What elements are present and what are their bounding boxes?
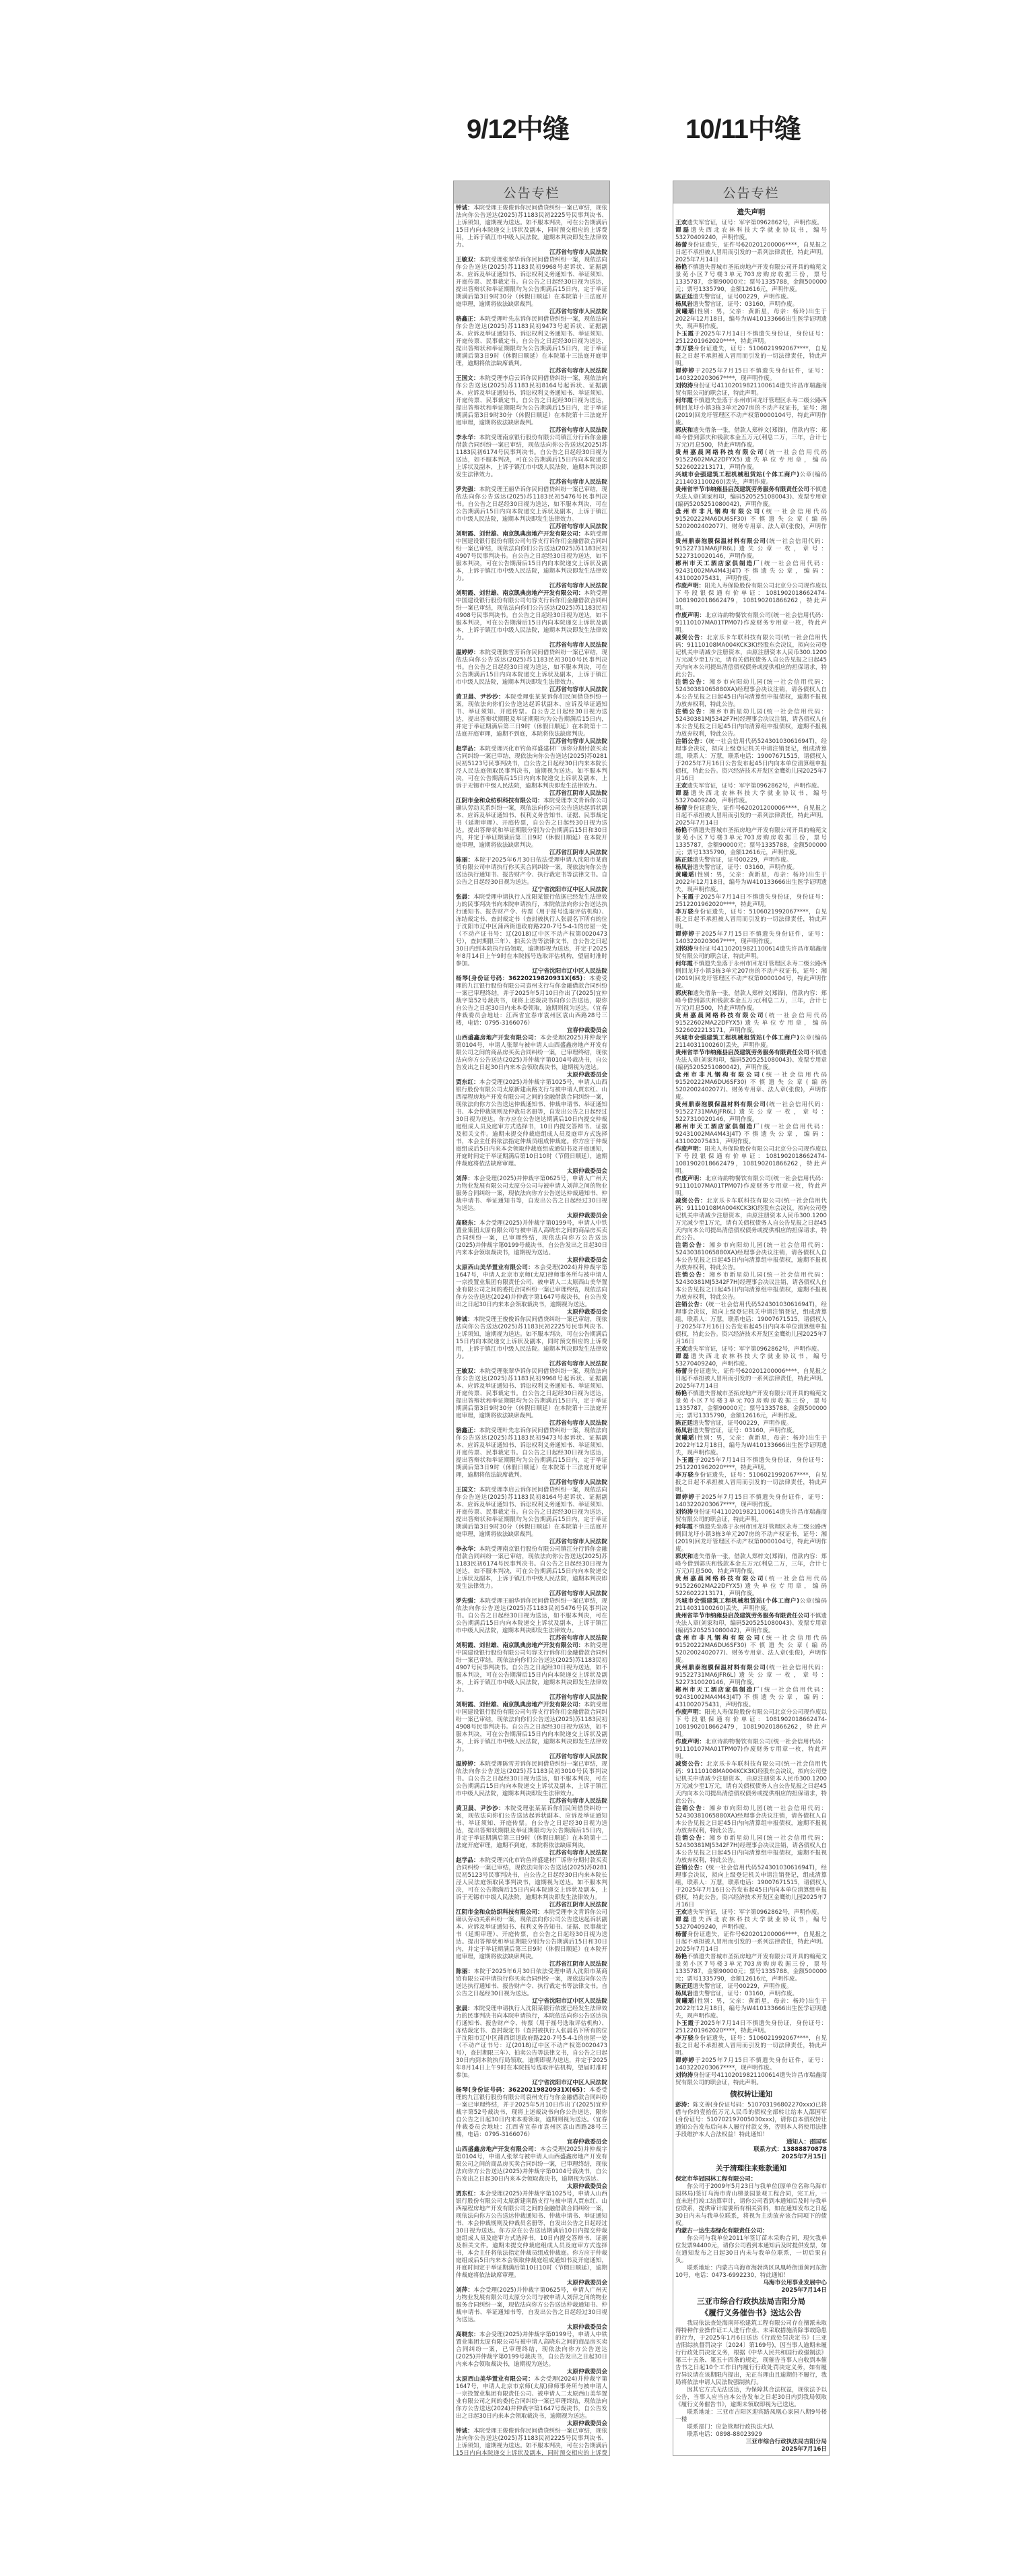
notice-text: 本委受理的九江银行股份有限公司袁州支行与你金融借款合同纠纷一案已审理终结，并于2… [456,2087,607,2138]
paragraph-text: 联系部门：应急管理行政执法大队 [687,2424,774,2430]
loss-declaration-item: 贵州省毕节市纳雍县启茂建筑劳务服务有限责任公司不慎遗失法人章(刘家和印，编码52… [675,1050,827,1072]
declarant: 作废声明： [675,583,704,589]
declarant: 贵州鼎泰泡膜保温材料有限公司 [675,1101,766,1108]
loss-declaration-item: 郴州市天工酒店家俱制造厂(统一社会信用代码：92431002MA4M43J4T)… [675,1124,827,1146]
notice-text: 本院受理叶先志诉你民间借贷纠纷一案，现依法向你公告送达(2025)苏1183民初… [456,316,607,367]
loss-declaration-item: 谭婷婷于2025年7月15日不慎遗失身份证件，证号：1403220203067*… [675,368,827,383]
declaration-text: 于2025年7月14日不慎遗失身份证，身份证号：2512201962020***… [675,894,827,908]
notice-entry: 骆鑫正：本院受理叶先志诉你民间借贷纠纷一案，现依法向你公告送达(2025)苏11… [456,1427,607,1479]
declaration-text: 遗失军官证，证号：军字第0962862号，声明作废。 [687,1909,823,1916]
loss-declaration-item: 黄曦瑶(性别：男，父亲：黄新星，母亲：杨玲)出生于2022年12月18日，编号为… [675,309,827,331]
notice-text: 本院受理陈雪芳诉你民间借贷纠纷一案已审结，现依法向你公告送达(2025)苏118… [456,649,607,686]
notice-entry: 山西盛鑫房地产开发有限公司：本会受理(2025)并仲裁字第0104号，申请人张翠… [456,2146,607,2183]
declaration-text: 遗失警官证，证号：03160，声明作废。 [693,1427,798,1434]
column-body: 钟诚：本院受理王俊俊诉你民间借贷纠纷一案已审结，现依法向你公告送达(2025)苏… [454,203,609,2456]
declarant: 王欢 [675,783,687,790]
loss-declaration-item: 杨艳不慎遗失晋城市圣拓房地产开发有限公司开具的翰苑文景苑小区7号楼3单元703房… [675,827,827,857]
loss-declaration-item: 兴城市会强建筑工程机械租赁站(个体工商户)公章(编码2114031100260)… [675,1035,827,1050]
loss-declaration-item: 兴城市会强建筑工程机械租赁站(个体工商户)公章(编码2114031100260)… [675,1598,827,1613]
notice-entry: 高晓东：本会受理(2025)并仲裁字第0199号，申请人中铁置业集团太原有限公司… [456,2331,607,2369]
declaration-text: 不慎遗失坐落于永州市回龙圩管理区永寿二级公路西侧回龙圩小镇3栋3单元207房的不… [675,961,827,990]
loss-declaration-item: 王欢遗失军官证，证号：军字第0962862号，声明作废。 [675,220,827,227]
declaration-text: 遗失西北农林科技大学就业协议书，编号53270409240，声明作废。 [675,790,827,804]
declarant: 刘钧涛 [675,2072,693,2079]
loss-declaration-item: 作废声明：北京诗韵物餐饮有限公司(统一社会信用代码：91110107MA01TP… [675,1739,827,1761]
notice-signature: 太原仲裁委员会 [456,2280,607,2287]
declarant: 注销公告： [675,1301,706,1308]
loss-declaration-item: 李万骁身份证遗失，证号：5106021992067****，自见报之日起不承担被… [675,909,827,931]
loss-declaration-item: 李万骁身份证遗失，证号：5106021992067****，自见报之日起不承担被… [675,2035,827,2057]
declarant: 减资公告： [675,1198,706,1204]
declarant: 谭磊 [675,227,691,234]
declaration-text: 遗失军官证，证号：军字第0962862号，声明作废。 [687,783,823,790]
loss-declaration-item: 郭庆和遗失借条一张，借款人郑梓文(郑锋)，借款内容：郑峰今借到郭庆和钱款本金五万… [675,990,827,1012]
declaration-text: 身份证遗失，证号：5106021992067****，自见报之日起不承担被人冒用… [675,1472,827,1493]
loss-declaration-item: 贵州鼎泰泡膜保温材料有限公司(统一社会信用代码：91522731MA6JFR6L… [675,1101,827,1124]
notice-text: 本院受理申请执行人沈阳某银行依据已经发生法律效力的民事判决书向本院申请执行，本院… [456,894,607,967]
loss-declaration-item: 陈正廷遗失警官证，证号00229，声明作废。 [675,857,827,864]
loss-declaration-item: 谭磊遗失西北农林科技大学就业协议书，编号53270409240，声明作废。 [675,1917,827,1931]
notice-entry: 刘明霞、刘世雄、南京凯典房地产开发有限公司：本院受理中国建设银行股份有限公司句容… [456,590,607,642]
notice-signature: 太原仲裁委员会 [456,1309,607,1316]
declarant: 王欢 [675,1909,687,1916]
loss-declaration-item: 王欢遗失军官证，证号：军字第0962862号，声明作废。 [675,783,827,790]
notice-signature: 江苏省句容市人民法院 [456,1635,607,1642]
notice-paragraph: 联系部门：应急管理行政执法大队 [675,2424,827,2431]
declarant: 陈正廷 [675,857,693,864]
declarant: 黄曦瑶 [675,309,694,315]
declaration-text: 身份证号41102019821100614遗失许昌市瑞鑫商贸有限公司的职会证，特… [675,2072,827,2086]
notice-addressee: 刘萍： [456,2287,473,2294]
notice-signature: 江苏省句容市人民法院 [456,1479,607,1487]
notice-addressee: 王敏双： [456,1368,479,1375]
declarant: 陈正廷 [675,294,693,300]
notice-addressee: 张晨： [456,894,473,901]
declarant: 注销公告： [675,679,709,686]
declaration-text: 遗失警官证，证号：03160，声明作废。 [693,301,798,308]
notice-signature: 辽宁省沈阳市辽中区人民法院 [456,968,607,975]
declaration-text: 不慎遗失晋城市圣拓房地产开发有限公司开具的翰苑文景苑小区7号楼3单元703房购房… [675,827,827,856]
notice-entry: 江阴市金和众纺织科技有限公司：本院受理李文青诉你公司确认劳动关系纠纷一案，现依法… [456,798,607,849]
notice-addressee: 骆鑫正： [456,1427,479,1434]
declaration-text: 遗失借条一张，借款人郑梓文(郑锋)，借款内容：郑峰今借到郭庆和钱款本金五万元(利… [675,1553,827,1575]
paragraph-text: 陈文善(身份证号码：510703196802270xxx)已将借与你的壹拾伍万元… [675,2102,827,2138]
notice-signature: 辽宁省沈阳市辽中区人民法院 [456,2080,607,2087]
declarant: 兴城市会强建筑工程机械租赁站(个体工商户) [675,472,799,478]
declaration-text: 身份证号41102019821100614遗失许昌市瑞鑫商贸有限公司的职会证，特… [675,1509,827,1523]
notice-addressee: 太原西山美华置业有限公司： [456,2376,534,2383]
notice-text: 本院于2025年6月30日依法受理申请人沈阳市某商贸有限公司申请执行你买卖合同纠… [456,857,607,886]
notice-text: 本院受理李启云诉你民间借贷纠纷一案，现依法向你公告送达(2025)苏1183民初… [456,375,607,426]
notice-signature: 太原仲裁委员会 [456,2420,607,2428]
loss-declaration-item: 杨凤岩遗失警官证，证号：03160，声明作废。 [675,1427,827,1435]
declarant: 贵州鼎泰泡膜保温材料有限公司 [675,1665,766,1671]
declaration-text: 于2025年7月14日不慎遗失身份证，身份证号：2512201962020***… [675,1457,827,1471]
declarant: 注销公告： [675,738,706,745]
loss-declaration-item: 谭磊遗失西北农林科技大学就业协议书，编号53270409240，声明作废。 [675,790,827,805]
notice-entry: 赵学品：本院受理兴化市钓鱼祥盛建材厂诉你分期付款买卖合同纠纷一案已审结，现依法向… [456,1857,607,1902]
notice-entry: 陈丽：本院于2025年6月30日依法受理申请人沈阳市某商贸有限公司申请执行你买卖… [456,857,607,887]
signature-line: 2025年7月16日 [675,2446,827,2453]
declaration-text: (性别：男，父亲：黄新星，母亲：杨玲)出生于2022年12月18日，编号为W41… [675,309,827,330]
column-header: 公告专栏 [454,181,609,203]
notice-addressee: 江阴市金和众纺织科技有限公司： [456,798,543,804]
column-header: 公告专栏 [673,181,829,203]
declarant: 作废声明： [675,1739,705,1745]
declaration-text: 遗失军官证，证号：军字第0962862号，声明作废。 [687,220,823,226]
notice-signature: 江苏省江阴市人民法院 [456,849,607,857]
declarant: 作废声明： [675,1146,704,1153]
notice-signature: 江苏省句容市人民法院 [456,1420,607,1427]
notice-text: 本院受理李文青诉你公司确认劳动关系纠纷一案，现依法向你公司公告送达起诉状副本、应… [456,798,607,849]
section-title: 债权转让通知 [675,2088,827,2100]
notice-entry: 王国文：本院受理李启云诉你民间借贷纠纷一案，现依法向你公告送达(2025)苏11… [456,1487,607,1539]
notice-addressee: 陈丽： [456,857,474,864]
loss-declaration-item: 卜玉霞于2025年7月14日不慎遗失身份证，身份证号：2512201962020… [675,894,827,909]
notice-addressee: 江阴市金和众纺织科技有限公司： [456,1909,543,1916]
declarant: 郭庆和 [675,990,693,997]
declaration-text: 遗失警官证，证号00229，声明作废。 [693,857,793,864]
addressee: 彭涛： [675,2102,693,2108]
loss-declaration-item: 陈正廷遗失警官证，证号00229，声明作废。 [675,1420,827,1427]
notice-entry: 王敏双：本院受理张翠华诉你民间借贷纠纷一案，现依法向你公告送达(2025)苏11… [456,257,607,309]
notice-text: 本会受理(2025)并仲裁字第0625号，申请人广州天力物业发展有限公司太原分公… [456,1176,607,1212]
notice-entry: 骆鑫正：本院受理叶先志诉你民间借贷纠纷一案，现依法向你公告送达(2025)苏11… [456,316,607,368]
notice-signature: 江苏省句容市人民法院 [456,368,607,375]
signature-line: 乌海市公用事业发展中心 [675,2280,827,2287]
signature-line: 2025年7月15日 [675,2154,827,2161]
declarant: 陈正廷 [675,1983,693,1990]
declarant: 贵州嘉晨网络科技有限公司 [675,1012,765,1019]
declarant: 郴州市天工酒店家俱制造厂 [675,1687,761,1694]
notice-addressee: 王国文： [456,375,479,382]
declarant: 王欢 [675,220,687,226]
column-body: 遗失声明王欢遗失军官证，证号：军字第0962862号，声明作废。谭磊遗失西北农林… [673,203,829,2453]
loss-declaration-item: 王欢遗失军官证，证号：军字第0962862号，声明作废。 [675,1909,827,1917]
declaration-text: 身份证遗失，证件号620201200006****，自见报之日起不承担被人冒用而… [675,1931,827,1953]
notice-column-right: 公告专栏 遗失声明王欢遗失军官证，证号：军字第0962862号，声明作废。谭磊遗… [673,181,830,2456]
declarant: 刘钧涛 [675,383,693,389]
paragraph-text: 因其它方式无法送达，为保障其合法权益，现依法予以公告，当事人应当自本公告发布之日… [675,2387,827,2408]
notice-addressee: 罗先强： [456,486,479,493]
loss-declaration-item: 杨艳不慎遗失晋城市圣拓房地产开发有限公司开具的翰苑文景苑小区7号楼3单元703房… [675,1390,827,1420]
notice-text: 本院于2025年6月30日依法受理申请人沈阳市某商贸有限公司申请执行你买卖合同纠… [456,1968,607,1997]
declarant: 刘钧涛 [675,1509,693,1516]
declaration-text: 身份证号41102019821100614遗失许昌市瑞鑫商贸有限公司的职会证，特… [675,946,827,960]
declaration-text: 身份证号41102019821100614遗失许昌市瑞鑫商贸有限公司的职会证，特… [675,383,827,397]
notice-entry: 杨琴(身份证号码：36220219820931X(65)：本委受理的九江银行股份… [456,2087,607,2139]
declarant: 杨凤岩 [675,864,693,871]
loss-declaration-item: 杨蕾身份证遗失，证件号620201200006****，自见报之日起不承担被人冒… [675,1368,827,1390]
notice-entry: 张晨：本院受理申请执行人沈阳某银行依据已经发生法律效力的民事判决书向本院申请执行… [456,2005,607,2080]
notice-signature: 江苏省句容市人民法院 [456,583,607,590]
notice-text: 本院受理中国建设银行股份有限公司句容支行诉你们金融借款合同纠纷一案已审结，现依法… [456,1702,607,1753]
declarant: 谭婷婷 [675,2057,695,2064]
declarant: 注销公告： [675,1835,709,1842]
notice-addressee: 太原西山美华置业有限公司： [456,1264,534,1271]
declaration-text: 不慎遗失坐落于永州市回龙圩管理区永寿二级公路西侧回龙圩小镇3栋3单元207房的不… [675,397,827,426]
declaration-text: (性别：男，父亲：黄新星，母亲：杨玲)出生于2022年12月18日，编号为W41… [675,1435,827,1456]
loss-declaration-item: 卜玉霞于2025年7月14日不慎遗失身份证，身份证号：2512201962020… [675,331,827,346]
notice-entry: 黄卫晨、尹沙沙：本院受理张某某诉你们民间借贷纠纷一案，现依法向你们公告送达起诉状… [456,694,607,738]
declaration-text: 遗失警官证，证号：03160，声明作废。 [693,1991,798,1997]
notice-text: 本院受理叶先志诉你民间借贷纠纷一案，现依法向你公告送达(2025)苏1183民初… [456,1427,607,1479]
paragraph-text: 你公司于2009年5月23日与我单位(原单位名称乌海市园林局)签订乌海市青山梯景… [675,2183,827,2227]
loss-declaration-item: 郴州市天工酒店家俱制造厂(统一社会信用代码：92431002MA4M43J4T)… [675,1687,827,1709]
declaration-text: 于2025年7月15日不慎遗失身份证件，证号：1403220203067****… [675,931,827,945]
notice-signature: 太原仲裁委员会 [456,2183,607,2191]
notice-addressee: 王国文： [456,1487,479,1493]
declaration-text: 不慎遗失坐落于永州市回龙圩管理区永寿二级公路西侧回龙圩小镇3栋3单元207房的不… [675,1524,827,1553]
declarant: 谭磊 [675,1353,691,1360]
declarant: 卜玉霞 [675,2020,694,2027]
declarant: 何年霞 [675,1524,693,1531]
declarant: 李万骁 [675,1472,694,1479]
notice-addressee: 温婷婷： [456,649,479,656]
notice-entry: 黄卫晨、尹沙沙：本院受理张某某诉你们民间借贷纠纷一案，现依法向你们公告送达起诉状… [456,1805,607,1850]
notice-addressee: 钟诚： [456,205,473,212]
declaration-text: 身份证遗失，证件号620201200006****，自见报之日起不承担被人冒用而… [675,1368,827,1390]
notice-addressee: 刘明霞、刘世雄、南京凯典房地产开发有限公司： [456,590,584,597]
signature-line: 2025年7月14日 [675,2287,827,2294]
loss-declaration-item: 杨凤岩遗失警官证，证号：03160，声明作废。 [675,864,827,872]
notice-text: 本院受理王俊俊诉你民间借贷纠纷一案已审结，现依法向你公告送达(2025)苏118… [456,2428,607,2456]
loss-declaration-item: 作废声明：阳光人寿保险股份有限公司北京分公司现作废以下号段银保通有价单证：108… [675,1709,827,1739]
page-label-left: 9/12中缝 [467,108,569,146]
declarant: 刘钧涛 [675,946,693,953]
declarant: 注销公告： [675,1805,709,1812]
notice-addressee: 刘萍： [456,1176,473,1182]
notice-addressee: 杨琴(身份证号码：36220219820931X(65)： [456,2087,589,2094]
loss-declaration-item: 郭庆和遗失借条一张，借款人郑梓文(郑锋)，借款内容：郑峰今借到郭庆和钱款本金五万… [675,1553,827,1576]
declaration-text: 遗失军官证，证号：军字第0962862号，声明作废。 [687,1346,823,1353]
notice-addressee: 王敏双： [456,257,479,263]
notice-paragraph: 你公司与我单位2011年签订苗木采购合同，现欠我单位发票94400元，请你公司看… [675,2235,827,2265]
addressee: 保定市华冠园林工程有限公司： [675,2176,756,2183]
declarant: 杨蕾 [675,805,687,812]
declarant: 贵州嘉晨网络科技有限公司 [675,1576,765,1582]
loss-declaration-item: 作废声明：北京诗韵物餐饮有限公司(统一社会信用代码：91110107MA01TP… [675,1176,827,1198]
notice-signature: 江苏省句容市人民法院 [456,686,607,694]
loss-declaration-item: 减资公告：北京乐卡车联科技有限公司(统一社会信用代码：91110108MA004… [675,1198,827,1242]
loss-declaration-item: 郭庆和遗失借条一张，借款人郑梓文(郑锋)，借款内容：郑峰今借到郭庆和钱款本金五万… [675,427,827,449]
loss-declaration-item: 陈正廷遗失警官证，证号00229，声明作废。 [675,1983,827,1991]
declaration-text: 于2025年7月15日不慎遗失身份证件，证号：1403220203067****… [675,368,827,382]
loss-declaration-item: 注销公告：湘乡市新星幼儿园(统一社会信用代码：52430381MJ5342F7H… [675,709,827,738]
notice-text: 本院受理李启云诉你民间借贷纠纷一案，现依法向你公告送达(2025)苏1183民初… [456,1487,607,1538]
paragraph-text: 联系地址：内蒙古乌海市海勃湾区凤凰岭街道黄河东街10号，电话：0473-6992… [675,2265,827,2279]
loss-declaration-item: 贵州省毕节市纳雍县启茂建筑劳务服务有限责任公司不慎遗失法人章(刘家和印，编码52… [675,486,827,509]
declarant: 贵州嘉晨网络科技有限公司 [675,449,765,456]
loss-declaration-item: 贵州鼎泰泡膜保温材料有限公司(统一社会信用代码：91522731MA6JFR6L… [675,1665,827,1687]
notice-text: 本院受理张翠华诉你民间借贷纠纷一案，现依法向你公告送达(2025)苏1183民初… [456,257,607,308]
notice-entry: 李永华：本院受理南京银行股份有限公司镇江分行诉你金融借款合同纠纷一案已审结，现依… [456,434,607,479]
notice-entry: 刘萍：本会受理(2025)并仲裁字第0625号，申请人广州天力物业发展有限公司太… [456,2287,607,2324]
declaration-text: 于2025年7月15日不慎遗失身份证件，证号：1403220203067****… [675,2057,827,2071]
signature-line: 通知人：邵国军 [675,2139,827,2146]
declarant: 杨凤岩 [675,1991,693,1997]
declarant: 黄曦瑶 [675,1435,694,1442]
notice-addressee: 高晓东： [456,2331,479,2338]
notice-signature: 太原仲裁委员会 [456,1213,607,1220]
section-title: 关于清理往来账款通知 [675,2162,827,2175]
notice-addressee: 杨琴(身份证号码：36220219820931X(65)： [456,975,589,982]
notice-signature: 江苏省江阴市人民法院 [456,1902,607,1909]
declaration-text: 身份证遗失，证号：5106021992067****，自见报之日起不承担被人冒用… [675,2035,827,2057]
notice-entry: 刘明霞、刘世雄、南京凯典房地产开发有限公司：本院受理中国建设银行股份有限公司句容… [456,1702,607,1753]
declaration-text: 于2025年7月15日不慎遗失身份证件，证号：1403220203067****… [675,1494,827,1508]
notice-text: 本会受理(2025)并仲裁字第1025号，申请人山西银行股份有限公司太原新建南路… [456,2191,607,2279]
notice-entry: 罗先强：本院受理王丽华诉你民间借贷纠纷一案已审结，现依法向你公告送达(2025)… [456,1598,607,1635]
loss-declaration-item: 注销公告：湘乡市新星幼儿园(统一社会信用代码：52430381MJ5342F7H… [675,1835,827,1865]
declarant: 注销公告： [675,709,709,715]
notice-entry: 钟诚：本院受理王俊俊诉你民间借贷纠纷一案已审结，现依法向你公告送达(2025)苏… [456,1316,607,1361]
loss-declaration-item: 刘钧涛身份证号41102019821100614遗失许昌市瑞鑫商贸有限公司的职会… [675,2072,827,2087]
notice-addressee: 山西盛鑫房地产开发有限公司： [456,2146,540,2153]
declarant: 何年霞 [675,961,693,967]
declarant: 谭婷婷 [675,1494,695,1501]
notice-addressee: 贾东红： [456,1079,479,1086]
declarant: 兴城市会强建筑工程机械租赁站(个体工商户) [675,1035,799,1041]
notice-entry: 高晓东：本会受理(2025)并仲裁字第0199号，申请人中铁置业集团太原有限公司… [456,1220,607,1257]
loss-declaration-item: 兴城市会强建筑工程机械租赁站(个体工商户)公章(编码2114031100260)… [675,472,827,486]
declarant: 谭婷婷 [675,931,695,938]
notice-paragraph: 我局依法查处海南环松建筑工程有限公司存在擅派未取得特种作业操作证工人进行作业、未… [675,2320,827,2387]
loss-declaration-item: 注销公告：(统一社会信用代码52430103061694T)，经理事会决议，拟向… [675,1865,827,1909]
declaration-text: 遗失西北农林科技大学就业协议书，编号53270409240，声明作废。 [675,227,827,241]
declaration-text: (性别：男，父亲：黄新星，母亲：杨玲)出生于2022年12月18日，编号为W41… [675,1998,827,2020]
declarant: 王欢 [675,1346,687,1353]
notice-signature: 江苏省句容市人民法院 [456,642,607,649]
notice-addressee: 黄卫晨、尹沙沙： [456,1805,504,1812]
declaration-text: 身份证遗失，证件号620201200006****，自见报之日起不承担被人冒用而… [675,805,827,827]
notice-addressee: 赵学品： [456,746,479,752]
loss-declaration-item: 何年霞不慎遗失坐落于永州市回龙圩管理区永寿二级公路西侧回龙圩小镇3栋3单元207… [675,397,827,427]
notice-signature: 江苏省句容市人民法院 [456,738,607,746]
notice-text: 本院受理兴化市钓鱼祥盛建材厂诉你分期付款买卖合同纠纷一案已审结，现依法向你公告送… [456,746,607,790]
notice-signature: 江苏省句容市人民法院 [456,427,607,434]
notice-signature: 江苏省句容市人民法院 [456,1694,607,1702]
declaration-text: 身份证遗失，证号：5106021992067****，自见报之日起不承担被人冒用… [675,346,827,367]
notice-addressee: 张晨： [456,2005,473,2012]
notice-paragraph: 内蒙古一达生态绿化有限责任公司： [675,2228,827,2235]
notice-text: 本院受理王丽华诉你民间借贷纠纷一案已审结，现依法向你公告送达(2025)苏118… [456,486,607,523]
declaration-text: 身份证遗失，证号：5106021992067****，自见报之日起不承担被人冒用… [675,909,827,930]
section-title: 遗失声明 [675,206,827,218]
declarant: 何年霞 [675,397,693,404]
loss-declaration-item: 卜玉霞于2025年7月14日不慎遗失身份证，身份证号：2512201962020… [675,2020,827,2035]
declarant: 卜玉霞 [675,894,694,901]
notice-addressee: 骆鑫正： [456,316,479,323]
notice-text: 本院受理王俊俊诉你民间借贷纠纷一案已审结，现依法向你公告送达(2025)苏118… [456,1316,607,1360]
declarant: 作废声明： [675,1709,704,1716]
notice-text: 本院受理中国建设银行股份有限公司句容支行诉你们金融借款合同纠纷一案已审结，现依法… [456,531,607,582]
notice-entry: 太原西山美华置业有限公司：本会受理(2024)并仲裁字第1647号，申请人北京市… [456,2376,607,2420]
loss-declaration-item: 作废声明：北京诗韵物餐饮有限公司(统一社会信用代码：91110107MA01TP… [675,612,827,635]
notice-signature: 太原仲裁委员会 [456,1072,607,1079]
loss-declaration-item: 谭婷婷于2025年7月15日不慎遗失身份证件，证号：1403220203067*… [675,931,827,946]
loss-declaration-item: 刘钧涛身份证号41102019821100614遗失许昌市瑞鑫商贸有限公司的职会… [675,1509,827,1524]
notice-addressee: 李永华： [456,1546,479,1553]
notice-text: 本院受理中国建设银行股份有限公司句容支行诉你们金融借款合同纠纷一案已审结，现依法… [456,590,607,641]
notice-addressee: 罗先强： [456,1598,479,1605]
notice-entry: 贾东红：本会受理(2025)并仲裁字第1025号，申请人山西银行股份有限公司太原… [456,2191,607,2280]
declarant: 杨艳 [675,1954,687,1960]
declarant: 兴城市会强建筑工程机械租赁站(个体工商户) [675,1598,799,1605]
notice-entry: 罗先强：本院受理王丽华诉你民间借贷纠纷一案已审结，现依法向你公告送达(2025)… [456,486,607,523]
addressee: 内蒙古一达生态绿化有限责任公司： [675,2228,768,2234]
declarant: 谭磊 [675,790,691,797]
notice-entry: 温婷婷：本院受理陈雪芳诉你民间借贷纠纷一案已审结，现依法向你公告送达(2025)… [456,649,607,686]
notice-entry: 钟诚：本院受理王俊俊诉你民间借贷纠纷一案已审结，现依法向你公告送达(2025)苏… [456,205,607,249]
declarant: 贵州省毕节市纳雍县启茂建筑劳务服务有限责任公司 [675,486,809,493]
notice-addressee: 李永华： [456,434,479,441]
declaration-text: 遗失西北农林科技大学就业协议书，编号53270409240，声明作废。 [675,1917,827,1931]
declarant: 杨蕾 [675,242,687,249]
notice-addressee: 刘明霞、刘世雄、南京凯典房地产开发有限公司： [456,1642,584,1649]
notice-addressee: 黄卫晨、尹沙沙： [456,694,504,701]
declarant: 盘州市非凡钢构有限公司 [675,1635,762,1642]
notice-text: 本院受理陈雪芳诉你民间借贷纠纷一案已审结，现依法向你公告送达(2025)苏118… [456,1761,607,1797]
notice-signature: 江苏省句容市人民法院 [456,479,607,486]
notice-paragraph: 因其它方式无法送达，为保障其合法权益，现依法予以公告，当事人应当自本公告发布之日… [675,2387,827,2409]
notice-addressee: 温婷婷： [456,1761,479,1768]
notice-signature: 江苏省江阴市人民法院 [456,790,607,798]
declaration-text: (性别：男，父亲：黄新星，母亲：杨玲)出生于2022年12月18日，编号为W41… [675,872,827,893]
declarant: 卜玉霞 [675,1457,694,1464]
declaration-text: 不慎遗失晋城市圣拓房地产开发有限公司开具的翰苑文景苑小区7号楼3单元703房购房… [675,264,827,293]
declaration-text: 遗失借条一张，借款人郑梓文(郑锋)，借款内容：郑峰今借到郭庆和钱款本金五万元(利… [675,427,827,449]
loss-declaration-item: 何年霞不慎遗失坐落于永州市回龙圩管理区永寿二级公路西侧回龙圩小镇3栋3单元207… [675,961,827,990]
declaration-text: 遗失警官证，证号00229，声明作废。 [693,294,793,300]
notice-signature: 江苏省江阴市人民法院 [456,1961,607,1968]
declaration-text: 不慎遗失晋城市圣拓房地产开发有限公司开具的翰苑文景苑小区7号楼3单元703房购房… [675,1954,827,1983]
notice-signature: 辽宁省沈阳市辽中区人民法院 [456,887,607,894]
loss-declaration-item: 李万骁身份证遗失，证号：5106021992067****，自见报之日起不承担被… [675,346,827,368]
notice-text: 本会受理(2025)并仲裁字第1025号，申请人山西银行股份有限公司太原新建南路… [456,1079,607,1167]
declarant: 杨凤岩 [675,301,693,308]
notice-text: 本院受理中国建设银行股份有限公司句容支行诉你们金融借款合同纠纷一案已审结，现依法… [456,1642,607,1694]
notice-paragraph: 联系地址：三亚市吉阳区迎宾路凤凰心家园八期9号楼一楼 [675,2409,827,2424]
notice-text: 本院受理申请执行人沈阳某银行依据已经发生法律效力的民事判决书向本院申请执行，本院… [456,2005,607,2079]
loss-declaration-item: 卜玉霞于2025年7月14日不慎遗失身份证，身份证号：2512201962020… [675,1457,827,1472]
loss-declaration-item: 盘州市非凡钢构有限公司(统一社会信用代码91520222MA6DU6SF30)不… [675,1635,827,1665]
declarant: 郭庆和 [675,1553,693,1560]
declaration-text: 于2025年7月14日不慎遗失身份证，身份证号：2512201962020***… [675,2020,827,2034]
notice-entry: 刘明霞、刘世雄、南京凯典房地产开发有限公司：本院受理中国建设银行股份有限公司句容… [456,531,607,583]
loss-declaration-item: 盘州市非凡钢构有限公司(统一社会信用代码91520222MA6DU6SF30)不… [675,509,827,538]
loss-declaration-item: 刘钧涛身份证号41102019821100614遗失许昌市瑞鑫商贸有限公司的职会… [675,946,827,961]
loss-declaration-item: 贵州鼎泰泡膜保温材料有限公司(统一社会信用代码：91522731MA6JFR6L… [675,538,827,560]
declarant: 卜玉霞 [675,331,694,337]
notice-addressee: 刘明霞、刘世雄、南京凯典房地产开发有限公司： [456,1702,584,1708]
declarant: 注销公告： [675,1242,709,1249]
loss-declaration-item: 谭磊遗失西北农林科技大学就业协议书，编号53270409240，声明作废。 [675,227,827,242]
loss-declaration-item: 杨艳不慎遗失晋城市圣拓房地产开发有限公司开具的翰苑文景苑小区7号楼3单元703房… [675,1954,827,1983]
notice-entry: 李永华：本院受理南京银行股份有限公司镇江分行诉你金融借款合同纠纷一案已审结，现依… [456,1546,607,1590]
loss-declaration-item: 注销公告：湘乡市向阳幼儿园(统一社会信用代码：52430381065880XA)… [675,1805,827,1835]
notice-signature: 江苏省句容市人民法院 [456,1539,607,1546]
notice-entry: 山西盛鑫房地产开发有限公司：本会受理(2025)并仲裁字第0104号，申请人张翠… [456,1035,607,1072]
loss-declaration-item: 杨凤岩遗失警官证，证号：03160，声明作废。 [675,301,827,309]
declarant: 杨艳 [675,827,687,834]
declaration-text: 不慎遗失晋城市圣拓房地产开发有限公司开具的翰苑文景苑小区7号楼3单元703房购房… [675,1390,827,1419]
declaration-text: 遗失西北农林科技大学就业协议书，编号53270409240，声明作废。 [675,1353,827,1367]
declarant: 作废声明： [675,1176,705,1182]
loss-declaration-item: 王欢遗失军官证，证号：军字第0962862号，声明作废。 [675,1346,827,1353]
declarant: 李万骁 [675,2035,694,2042]
declarant: 陈正廷 [675,1420,693,1427]
